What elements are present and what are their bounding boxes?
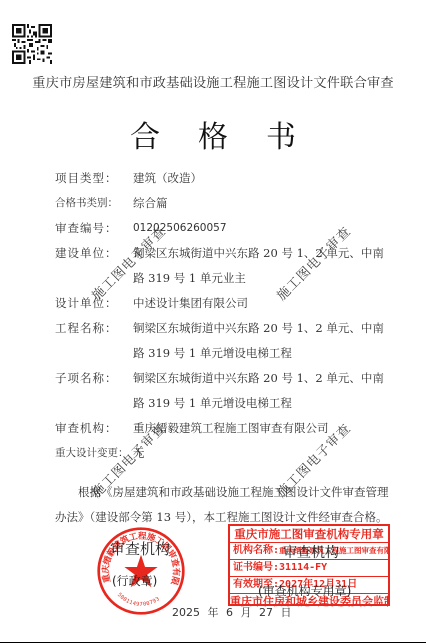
svg-text:5001149700793: 5001149700793 <box>116 592 161 608</box>
qr-code-icon <box>12 23 52 65</box>
seal-overlay-label: 审查机构 <box>110 538 170 559</box>
field-subproject-name: 子项名称： 铜梁区东城街道中兴东路 20 号 1、2 单元、中南路 319 号 … <box>55 366 390 416</box>
field-project-name: 工程名称： 铜梁区东城街道中兴东路 20 号 1、2 单元、中南路 319 号 … <box>55 316 390 366</box>
field-label: 审查机构： <box>55 416 133 441</box>
seal-overlay-label: (行政章) <box>112 572 157 589</box>
certificate-title: 合格书 <box>0 112 426 156</box>
field-label: 子项名称： <box>55 366 133 416</box>
field-label: 审查编号： <box>55 216 133 241</box>
issue-date: 2025 年 6 月 27 日 <box>172 604 291 620</box>
seal-title: 重庆市施工图审查机构专用章 <box>230 526 388 543</box>
field-project-type: 项目类型： 建筑（改造） <box>55 166 390 191</box>
field-value: 铜梁区东城街道中兴东路 20 号 1、2 单元、中南路 319 号 1 单元增设… <box>133 366 390 416</box>
seal-cert-row: 证书编号:31114-FY <box>230 560 388 577</box>
field-value: 无 <box>133 441 390 466</box>
seal-overlay-label: 审查机构 <box>283 542 339 562</box>
field-value: 建筑（改造） <box>133 166 390 191</box>
field-label: 合格书类别： <box>55 191 133 216</box>
field-label: 工程名称： <box>55 316 133 366</box>
field-value: 铜梁区东城街道中兴东路 20 号 1、2 单元、中南路 319 号 1 单元业主 <box>133 241 390 291</box>
field-value: 中述设计集团有限公司 <box>133 291 390 316</box>
field-certificate-category: 合格书类别： 综合篇 <box>55 191 390 216</box>
header-title: 重庆市房屋建筑和市政基础设施工程施工图设计文件联合审查 <box>0 72 426 91</box>
seal-overlay-label: (审查机构专用章) <box>258 582 351 599</box>
field-value: 综合篇 <box>133 191 390 216</box>
field-value: 铜梁区东城街道中兴东路 20 号 1、2 单元、中南路 319 号 1 单元增设… <box>133 316 390 366</box>
field-label: 项目类型： <box>55 166 133 191</box>
